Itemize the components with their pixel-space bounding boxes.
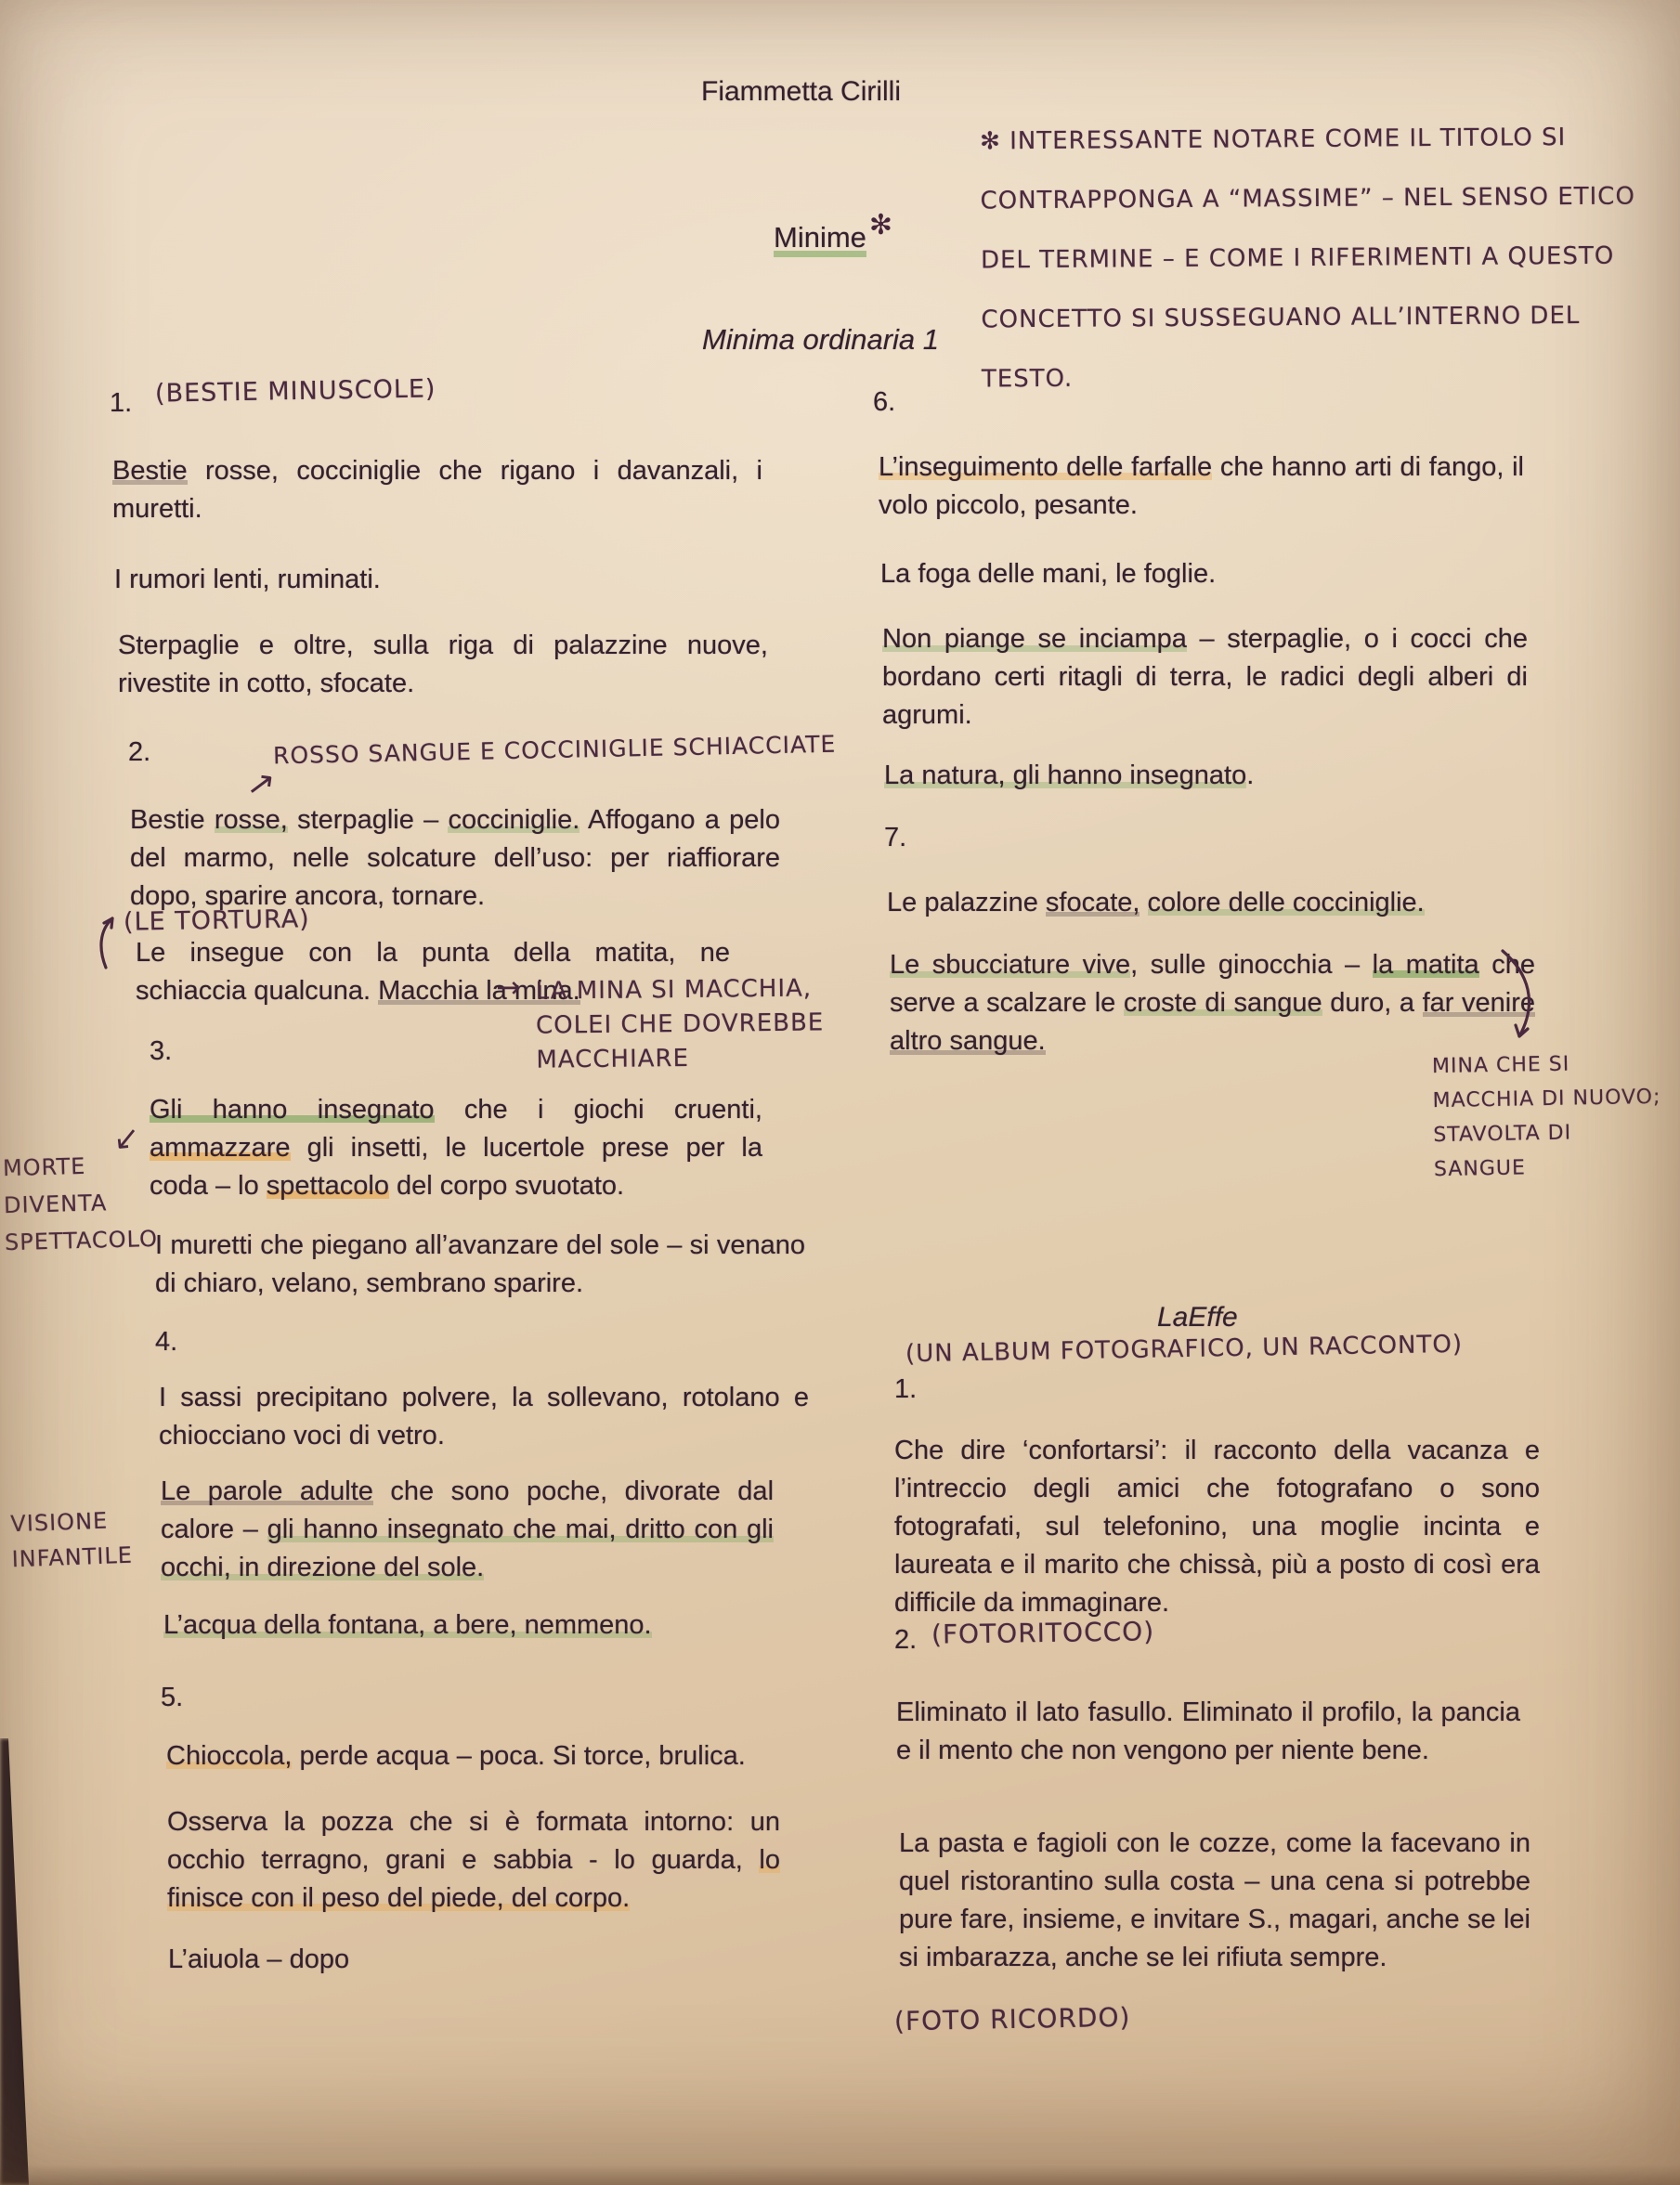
highlighted-text: Bestie (112, 456, 188, 486)
handwritten-note-album-fotografico: (UN ALBUM FOTOGRAFICO, UN RACCONTO) (905, 1331, 1463, 1368)
highlighted-text: La natura, gli hanno insegnato (884, 761, 1246, 790)
section-number-6: 6. (873, 387, 895, 418)
page-title-text: Minime (774, 221, 866, 257)
poem-paragraph: Sterpaglie e oltre, sulla riga di palazz… (118, 627, 768, 703)
text-segment: che i giochi cruenti, (435, 1095, 762, 1125)
section-subtitle: Minima ordinaria 1 (702, 320, 939, 358)
section-number-4: 4. (155, 1327, 177, 1358)
handwritten-note-rosso-sangue: ROSSO SANGUE E COCCINIGLIE SCHIACCIATE (273, 731, 837, 770)
poem-paragraph: Bestie rosse, cocciniglie che rigano i d… (112, 452, 762, 528)
handwritten-note-la-mina: LA MINA SI MACCHIA,COLEI CHE DOVREBBEMAC… (535, 971, 824, 1077)
handwritten-line: SPETTACOLO (5, 1220, 159, 1261)
text-segment: La pasta e fagioli con le cozze, come la… (899, 1828, 1530, 1972)
handwritten-line: COLEI CHE DOVREBBE (536, 1006, 825, 1043)
highlighted-text: sfocate, (1046, 888, 1140, 917)
text-segment: , sulle ginocchia – (1130, 950, 1372, 980)
highlighted-text: cocciniglie. (448, 805, 580, 835)
handwritten-line: STAVOLTA DI (1433, 1114, 1661, 1152)
section-number-5: 5. (161, 1683, 183, 1713)
curved-hook-arrow-icon (97, 914, 124, 971)
highlighted-text: Le sbucciature vive (890, 950, 1130, 980)
text-segment: Sterpaglie e oltre, sulla riga di palazz… (118, 631, 768, 698)
highlighted-text: ammazzare (150, 1133, 291, 1163)
poem-paragraph: Le sbucciature vive, sulle ginocchia – l… (890, 946, 1535, 1060)
photo-background-edge (0, 1738, 33, 2185)
text-segment: L’aiuola – dopo (168, 1944, 349, 1974)
poem-paragraph: I sassi precipitano polvere, la sollevan… (159, 1379, 809, 1455)
text-segment (1140, 888, 1147, 917)
handwritten-line: MACCHIA DI NUOVO; (1432, 1080, 1660, 1118)
poem-paragraph: L’acqua della fontana, a bere, nemmeno. (163, 1606, 814, 1645)
poem-paragraph: L’aiuola – dopo (168, 1941, 781, 1979)
text-segment: . (1246, 761, 1254, 790)
handwritten-line: MINA CHE SI (1432, 1046, 1660, 1084)
right-arrow-icon: → (496, 969, 521, 1005)
handwritten-line: MACCHIARE (536, 1040, 825, 1077)
highlighted-text: rosse, (215, 805, 288, 835)
poem-paragraph: Le parole adulte che sono poche, divorat… (161, 1473, 774, 1587)
text-segment: La foga delle mani, le foglie. (880, 559, 1216, 589)
page-title: Minime✻ (774, 221, 890, 254)
handwritten-line: INFANTILE (11, 1538, 134, 1578)
handwritten-note-mina-di-nuovo: MINA CHE SIMACCHIA DI NUOVO;STAVOLTA DIS… (1432, 1046, 1662, 1187)
section-number-7: 7. (884, 823, 906, 853)
scanned-poetry-page: Fiammetta Cirilli ✻ INTERESSANTE NOTARE … (0, 0, 1680, 2185)
text-segment: del corpo svuotato. (389, 1171, 624, 1201)
text-segment: I rumori lenti, ruminati. (114, 565, 381, 594)
highlighted-text: Non piange se inciampa (882, 624, 1187, 654)
highlighted-text: L’acqua della fontana, a bere, nemmeno. (163, 1610, 652, 1640)
section-number-3: 3. (150, 1036, 172, 1067)
section-number-2: 2. (128, 737, 150, 768)
handwritten-margin-note-visione: VISIONEINFANTILE (10, 1502, 134, 1578)
handwritten-line: LA MINA SI MACCHIA, (535, 971, 824, 1008)
text-segment: perde acqua – poca. Si torce, brulica. (292, 1741, 745, 1771)
handwritten-note-le-tortura: (LE TORTURA) (124, 904, 310, 936)
poem-paragraph: Bestie rosse, sterpaglie – cocciniglie. … (130, 801, 780, 916)
handwritten-margin-note-morte: MORTEDIVENTASPETTACOLO (2, 1146, 158, 1261)
text-segment: I muretti che piegano all’avanzare del s… (155, 1230, 805, 1298)
poem-paragraph: La foga delle mani, le foglie. (880, 555, 1526, 593)
poem-paragraph: La pasta e fagioli con le cozze, come la… (899, 1825, 1530, 1977)
text-segment: rosse, cocciniglie che rigano i davanzal… (112, 456, 762, 524)
handwritten-section1-title: (BESTIE MINUSCOLE) (155, 374, 436, 408)
poem-paragraph: Osserva la pozza che si è formata intorn… (167, 1803, 780, 1918)
highlighted-text: L’inseguimento delle farfalle (879, 452, 1212, 482)
poem-paragraph: Chioccola, perde acqua – poca. Si torce,… (166, 1737, 816, 1775)
poem-paragraph: Eliminato il lato fasullo. Eliminato il … (896, 1694, 1520, 1770)
highlighted-text: spettacolo (267, 1171, 389, 1201)
handwritten-top-margin-note: ✻ INTERESSANTE NOTARE COME IL TITOLO SI … (980, 108, 1637, 410)
down-left-arrow-icon: ↙ (111, 1119, 142, 1159)
text-segment: I sassi precipitano polvere, la sollevan… (159, 1383, 809, 1450)
handwritten-note-foto-ricordo: (FOTO RICORDO) (894, 2002, 1131, 2036)
text-segment: Eliminato il lato fasullo. Eliminato il … (896, 1697, 1520, 1765)
handwritten-line: DIVENTA (4, 1183, 158, 1224)
highlighted-text: croste di sangue (1124, 988, 1322, 1018)
handwritten-line: VISIONE (10, 1502, 133, 1542)
laeffe-number-1: 1. (894, 1374, 917, 1405)
text-segment: Che dire ‘confortarsi’: il racconto dell… (894, 1436, 1540, 1618)
poem-paragraph: Che dire ‘confortarsi’: il racconto dell… (894, 1432, 1540, 1622)
text-segment: Bestie (130, 805, 215, 835)
laeffe-title: LaEffe (1157, 1298, 1238, 1336)
highlighted-text: Le parole adulte (161, 1476, 373, 1506)
handwritten-note-fotoritocco: (FOTORITOCCO) (931, 1616, 1155, 1649)
highlighted-text: Gli hanno insegnato (150, 1095, 435, 1125)
section-number-1: 1. (110, 388, 132, 419)
text-segment: Le palazzine (887, 888, 1046, 917)
author-name: Fiammetta Cirilli (701, 72, 901, 111)
laeffe-number-2: 2. (894, 1625, 917, 1656)
poem-paragraph: La natura, gli hanno insegnato. (884, 757, 1530, 795)
poem-paragraph: I rumori lenti, ruminati. (114, 561, 764, 599)
handwritten-line: SANGUE (1434, 1149, 1662, 1187)
text-segment: Osserva la pozza che si è formata intorn… (167, 1807, 780, 1875)
poem-paragraph: Non piange se inciampa – sterpaglie, o i… (882, 620, 1528, 735)
text-segment: duro, a (1322, 988, 1423, 1018)
asterisk-icon: ✻ (869, 209, 892, 241)
up-right-arrow-icon: ↗ (244, 763, 278, 805)
poem-paragraph: Gli hanno insegnato che i giochi cruenti… (150, 1091, 762, 1205)
poem-paragraph: Le palazzine sfocate, colore delle cocci… (887, 884, 1532, 922)
bottom-shadow (0, 2165, 1680, 2185)
highlighted-text: la matita (1373, 950, 1479, 980)
highlighted-text: Chioccola, (166, 1741, 292, 1771)
poem-paragraph: I muretti che piegano all’avanzare del s… (155, 1227, 805, 1303)
highlighted-text: colore delle cocciniglie. (1148, 888, 1425, 917)
curved-down-arrow-icon (1497, 949, 1553, 1046)
poem-paragraph: L’inseguimento delle farfalle che hanno … (879, 449, 1524, 525)
text-segment: sterpaglie – (288, 805, 449, 835)
